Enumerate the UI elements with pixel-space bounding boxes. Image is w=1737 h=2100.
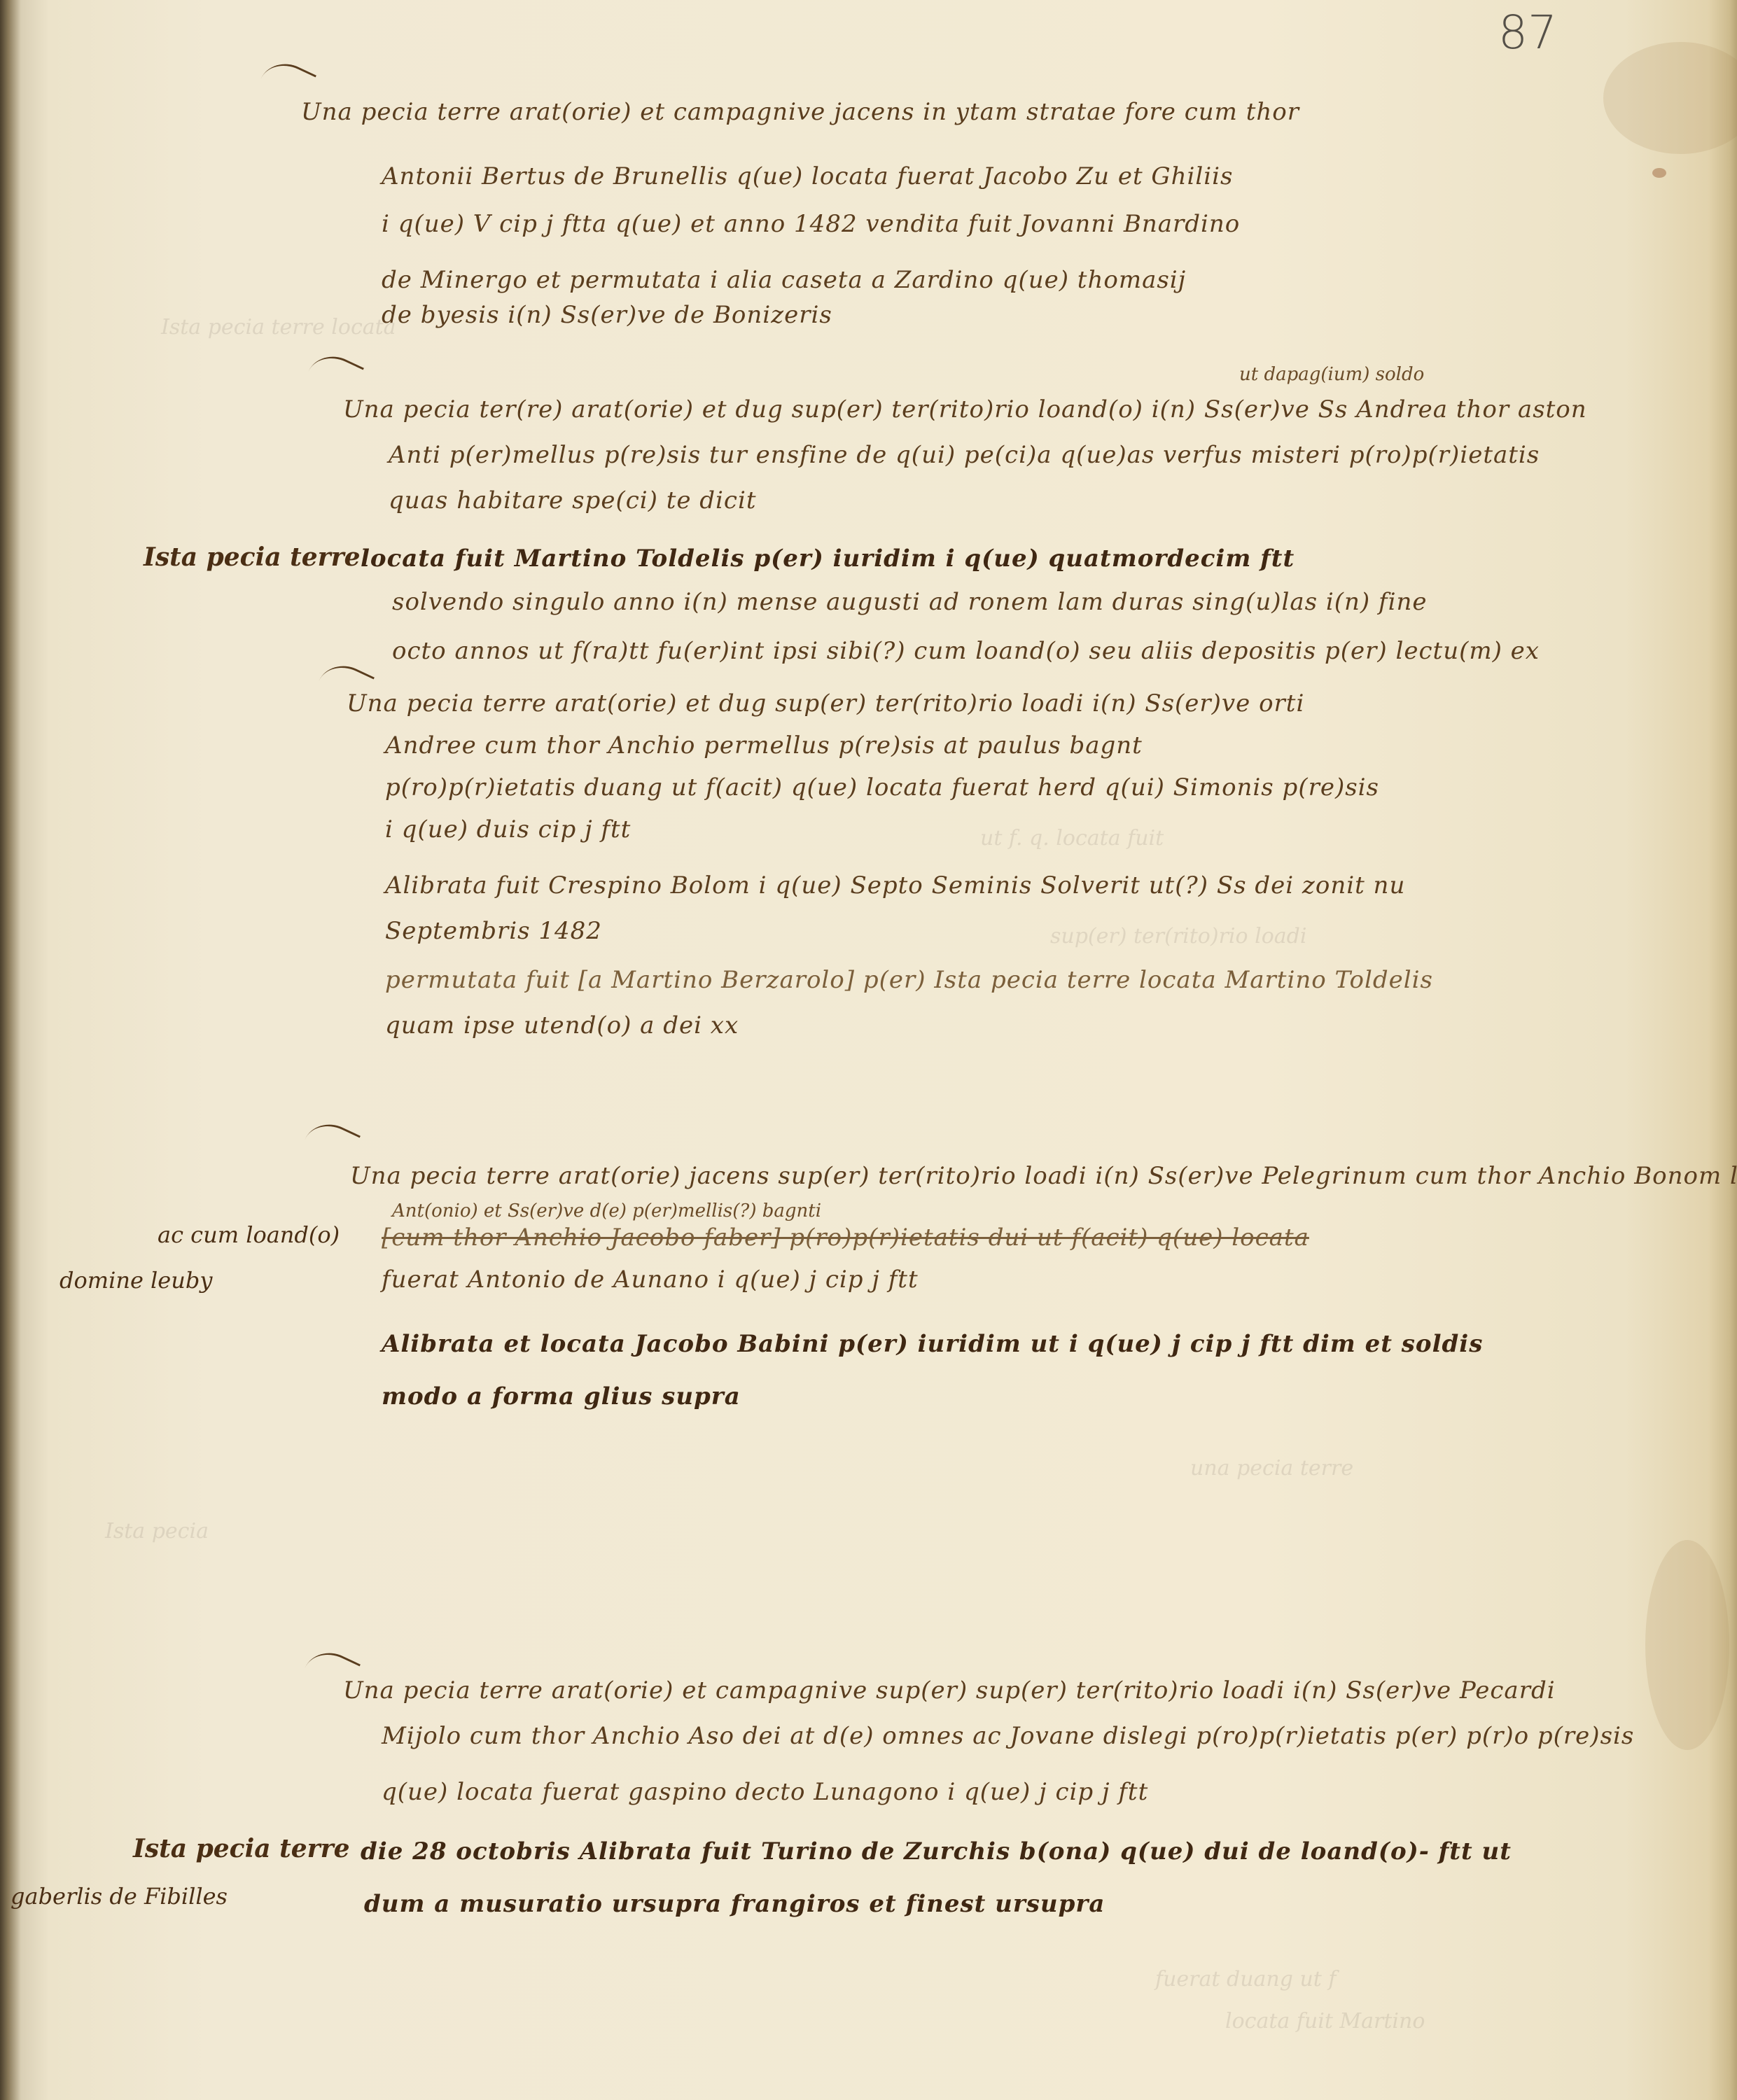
entry-6-line-5: dum a musuratio ursupra frangiros et fin… [364, 1890, 1105, 1918]
entry-1-line-4: de Minergo et permutata i alia caseta a … [382, 266, 1186, 294]
margin-note-entry-6-a: Ista pecia terre [133, 1834, 350, 1863]
bleed-through-text: fuerat duang ut f [1155, 1967, 1337, 1991]
entry-4-line-3: p(ro)p(r)ietatis duang ut f(acit) q(ue) … [385, 773, 1379, 801]
entry-1-line-1: Una pecia terre arat(orie) et campagnive… [301, 98, 1299, 126]
entry-2-line-1: Una pecia ter(re) arat(orie) et dug sup(… [343, 395, 1587, 423]
entry-5-line-2: [cum thor Anchio Jacobo faber] p(ro)p(r)… [382, 1224, 1309, 1252]
entry-6-line-3: q(ue) locata fuerat gaspino decto Lunago… [382, 1778, 1148, 1806]
entry-5-line-4: Alibrata et locata Jacobo Babini p(er) i… [382, 1330, 1483, 1358]
entry-3-line-1: locata fuit Martino Toldelis p(er) iurid… [361, 545, 1295, 573]
margin-note-entry-6-b: gaberlis de Fibilles [11, 1883, 228, 1910]
entry-2-line-2: Anti p(er)mellus p(re)sis tur ensfine de… [389, 441, 1540, 469]
bleed-through-text: sup(er) ter(rito)rio loadi [1050, 924, 1306, 948]
bleed-through-text: una pecia terre [1190, 1456, 1353, 1480]
entry-4-line-5: Alibrata fuit Crespino Bolom i q(ue) Sep… [385, 871, 1405, 899]
entry-1-line-3: i q(ue) V cip j ftta q(ue) et anno 1482 … [382, 210, 1240, 238]
bleed-through-text: ut f. q. locata fuit [980, 826, 1164, 850]
margin-note-entry-5-a: ac cum loand(o) [158, 1221, 340, 1248]
entry-4-line-7: permutata fuit [a Martino Berzarolo] p(e… [385, 966, 1433, 994]
entry-5-interlinear: Ant(onio) et Ss(er)ve d(e) p(er)mellis(?… [392, 1200, 821, 1221]
folio-number: 87 [1498, 6, 1557, 59]
paper-stain [1603, 42, 1737, 154]
entry-6-line-1: Una pecia terre arat(orie) et campagnive… [343, 1676, 1556, 1704]
margin-note-entry-3: Ista pecia terre [144, 542, 361, 572]
bleed-through-text: Ista pecia [105, 1519, 209, 1543]
entry-4-line-8: quam ipse utend(o) a dei xx [385, 1011, 739, 1039]
bleed-through-text: locata fuit Martino [1225, 2009, 1425, 2033]
entry-2-line-3: quas habitare spe(ci) te dicit [389, 486, 757, 514]
manuscript-page: Ista pecia terre locata ut f. q. locata … [0, 0, 1737, 2100]
entry-4-line-2: Andree cum thor Anchio permellus p(re)si… [385, 731, 1143, 759]
entry-5-line-3: fuerat Antonio de Aunano i q(ue) j cip j… [382, 1266, 919, 1294]
entry-2-interlinear: ut dapag(ium) soldo [1239, 364, 1424, 385]
margin-note-entry-5-b: domine leuby [60, 1267, 212, 1294]
entry-4-line-6: Septembris 1482 [385, 917, 602, 945]
paper-stain [1645, 1540, 1729, 1750]
entry-3-line-2: solvendo singulo anno i(n) mense augusti… [392, 588, 1427, 616]
entry-6-line-4: die 28 octobris Alibrata fuit Turino de … [361, 1837, 1512, 1865]
entry-5-line-5: modo a forma glius supra [382, 1382, 741, 1410]
entry-1-line-2: Antonii Bertus de Brunellis q(ue) locata… [382, 162, 1233, 190]
bleed-through-text: Ista pecia terre locata [161, 315, 396, 339]
paper-stain [1652, 168, 1666, 178]
entry-3-line-3: octo annos ut f(ra)tt fu(er)int ipsi sib… [392, 637, 1540, 665]
entry-1-line-5: de byesis i(n) Ss(er)ve de Bonizeris [382, 301, 832, 329]
entry-5-line-1: Una pecia terre arat(orie) jacens sup(er… [350, 1162, 1737, 1190]
entry-4-line-4: i q(ue) duis cip j ftt [385, 815, 631, 843]
entry-6-line-2: Mijolo cum thor Anchio Aso dei at d(e) o… [382, 1722, 1634, 1750]
entry-4-line-1: Una pecia terre arat(orie) et dug sup(er… [347, 689, 1304, 717]
